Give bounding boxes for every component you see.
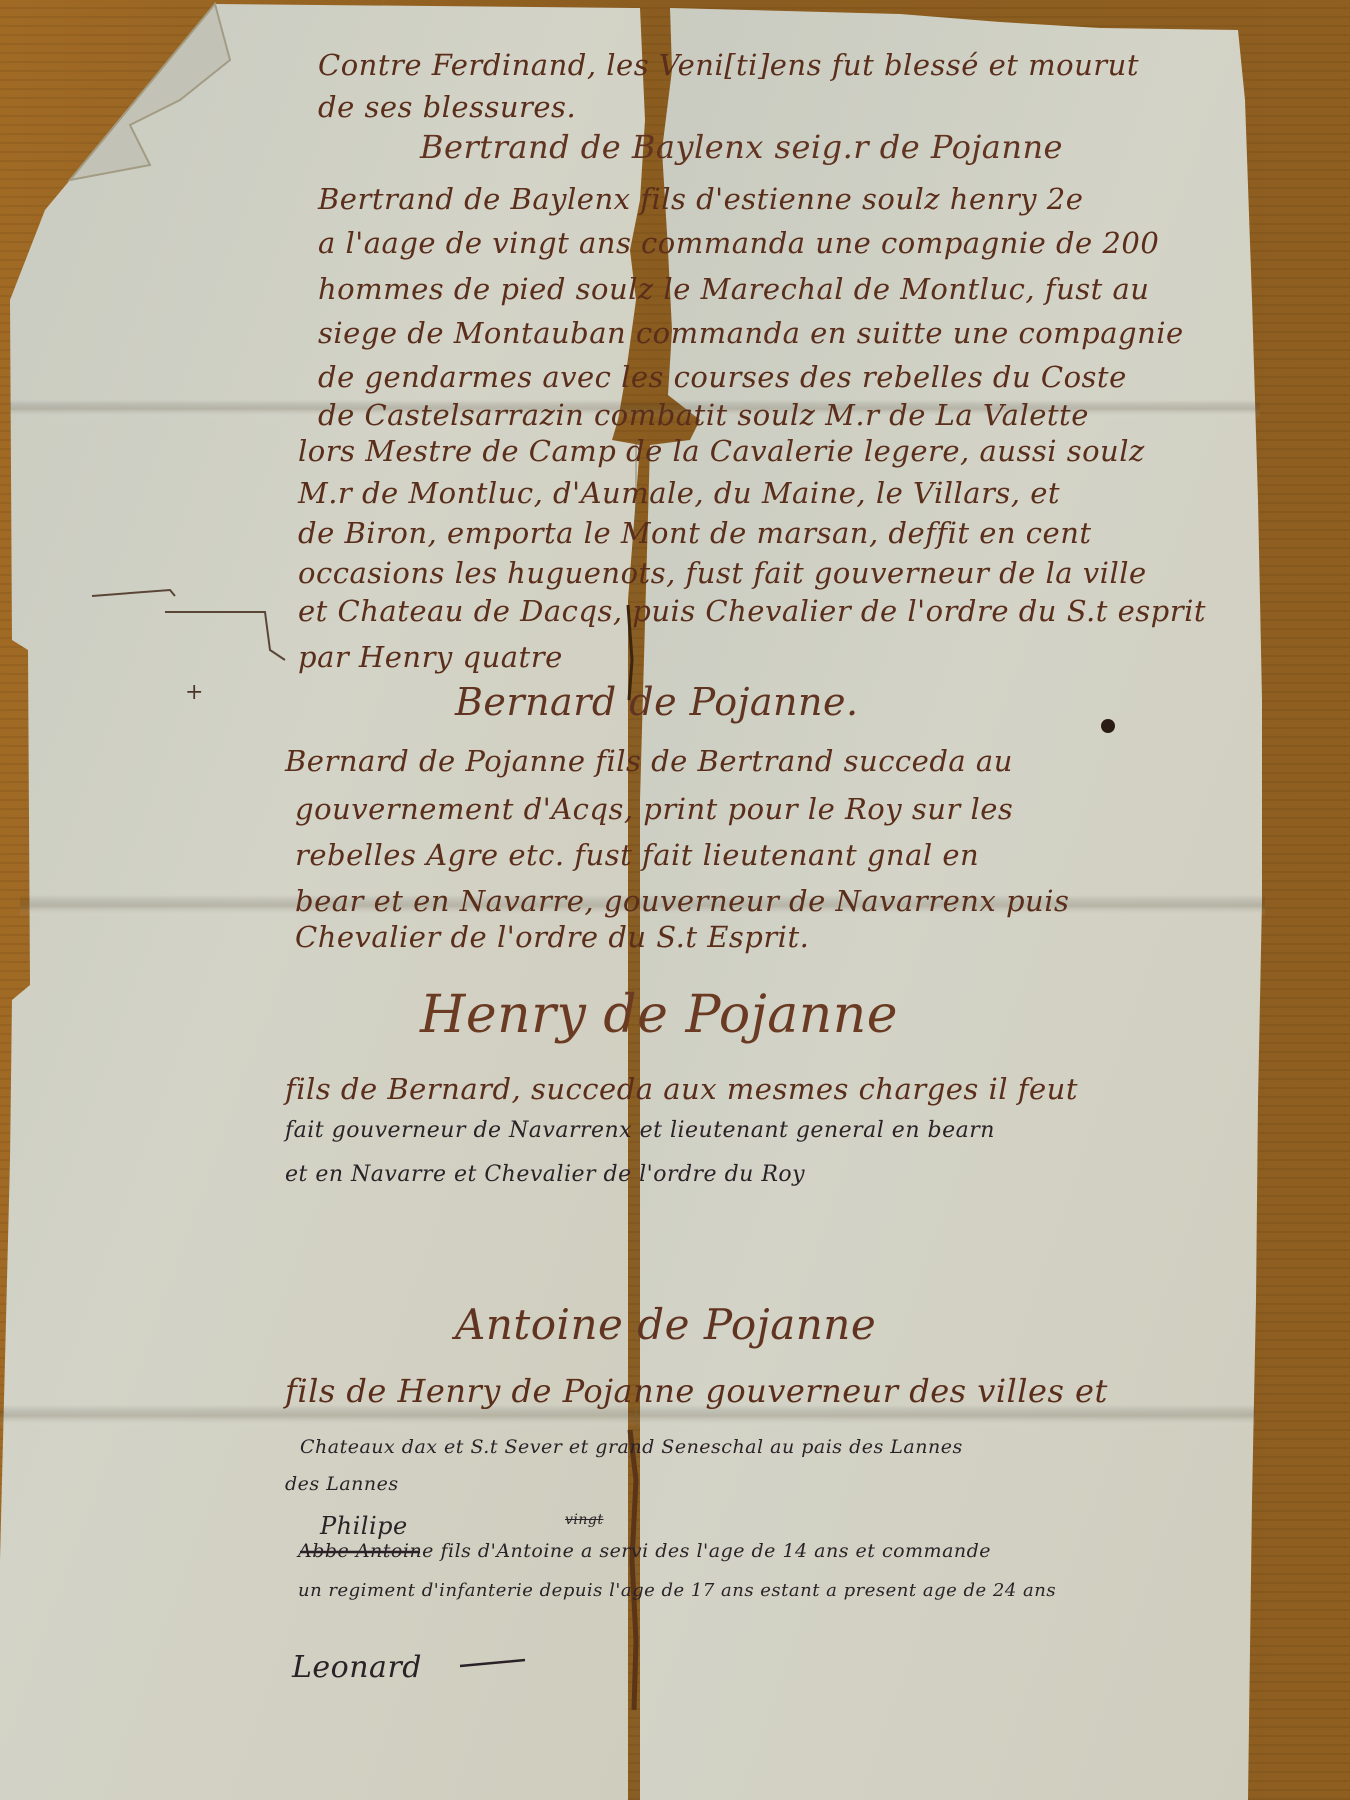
text-line: Contre Ferdinand, les Veni[ti]ens fut bl… — [318, 48, 1139, 82]
text-line: Abbe Antoine fils d'Antoine a servi des … — [298, 1540, 991, 1562]
text-line: bear et en Navarre, gouverneur de Navarr… — [295, 884, 1069, 918]
manuscript-photo: Contre Ferdinand, les Veni[ti]ens fut bl… — [0, 0, 1350, 1800]
text-line: et en Navarre et Chevalier de l'ordre du… — [285, 1162, 805, 1187]
text-line: hommes de pied soulz le Marechal de Mont… — [318, 272, 1149, 306]
text-line: rebelles Agre etc. fust fait lieutenant … — [295, 838, 979, 872]
text-line: de Biron, emporta le Mont de marsan, def… — [298, 516, 1092, 550]
text-line: gouvernement d'Acqs, print pour le Roy s… — [295, 792, 1013, 826]
signature-leonard: Leonard — [292, 1650, 422, 1685]
text-line: de ses blessures. — [318, 90, 576, 124]
text-line: M.r de Montluc, d'Aumale, du Maine, le V… — [298, 476, 1060, 510]
ink-blot — [1101, 719, 1115, 733]
section-heading-bernard: Bernard de Pojanne. — [455, 680, 859, 724]
text-line: fait gouverneur de Navarrenx et lieutena… — [285, 1118, 995, 1143]
text-line: occasions les huguenots, fust fait gouve… — [298, 556, 1147, 590]
section-heading-bertrand: Bertrand de Baylenx seig.r de Pojanne — [420, 128, 1063, 166]
inserted-word: vingt — [565, 1512, 604, 1528]
text-line: un regiment d'infanterie depuis l'age de… — [298, 1580, 1056, 1601]
section-heading-henry: Henry de Pojanne — [420, 985, 898, 1045]
text-line: des Lannes — [285, 1473, 399, 1495]
text-line: Chevalier de l'ordre du S.t Esprit. — [295, 920, 809, 954]
section-heading-antoine: Antoine de Pojanne — [455, 1300, 876, 1349]
text-line: siege de Montauban commanda en suitte un… — [318, 316, 1184, 350]
text-line: Chateaux dax et S.t Sever et grand Senes… — [300, 1436, 963, 1458]
inserted-name-philipe: Philipe — [320, 1512, 408, 1540]
text-line: lors Mestre de Camp de la Cavalerie lege… — [298, 434, 1145, 468]
text-line: et Chateau de Dacqs, puis Chevalier de l… — [298, 594, 1206, 628]
text-line: Bernard de Pojanne fils de Bertrand succ… — [285, 744, 1013, 778]
text-line: de gendarmes avec les courses des rebell… — [318, 360, 1127, 394]
text-line: fils de Bernard, succeda aux mesmes char… — [285, 1072, 1078, 1106]
margin-mark: + — [185, 680, 203, 705]
text-line: a l'aage de vingt ans commanda une compa… — [318, 226, 1159, 260]
text-line: Bertrand de Baylenx fils d'estienne soul… — [318, 182, 1083, 216]
text-line: fils de Henry de Pojanne gouverneur des … — [285, 1372, 1108, 1410]
text-line: par Henry quatre — [298, 640, 563, 674]
text-line: de Castelsarrazin combatit soulz M.r de … — [318, 398, 1089, 432]
